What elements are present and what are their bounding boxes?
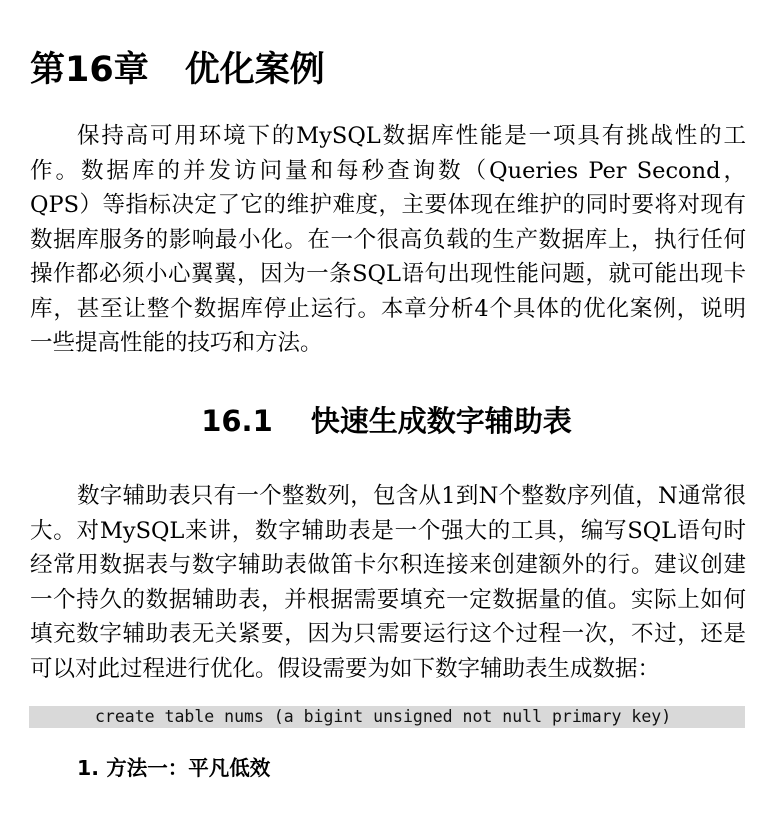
section-number: 16.1 <box>201 404 273 438</box>
section-name: 快速生成数字辅助表 <box>311 404 572 438</box>
paragraph-line: 保持高可用环境下的MySQL数据库性能是一项具有挑战性的工 <box>30 119 746 154</box>
paragraph-line: 可以对此过程进行优化。假设需要为如下数字辅助表生成数据： <box>30 652 746 687</box>
chapter-title: 第16章优化案例 <box>30 46 325 94</box>
paragraph-line: 作。数据库的并发访问量和每秒查询数（Queries Per Second， <box>30 154 746 189</box>
paragraph-line: QPS）等指标决定了它的维护难度，主要体现在维护的同时要将对现有 <box>30 188 746 223</box>
paragraph-line: 数据库服务的影响最小化。在一个很高负载的生产数据库上，执行任何 <box>30 223 746 258</box>
paragraph-line: 填充数字辅助表无关紧要，因为只需要运行这个过程一次，不过，还是 <box>30 617 746 652</box>
chapter-number: 第16章 <box>30 50 149 90</box>
document-page: 第16章优化案例 保持高可用环境下的MySQL数据库性能是一项具有挑战性的工 作… <box>0 0 781 816</box>
paragraph-line: 一些提高性能的技巧和方法。 <box>30 326 746 361</box>
paragraph-line: 操作都必须小心翼翼，因为一条SQL语句出现性能问题，就可能出现卡 <box>30 257 746 292</box>
method-subheading: 1. 方法一：平凡低效 <box>77 753 270 783</box>
section-paragraph: 数字辅助表只有一个整数列，包含从1到N个整数序列值，N通常很 大。对MySQL来… <box>30 479 746 686</box>
intro-paragraph: 保持高可用环境下的MySQL数据库性能是一项具有挑战性的工 作。数据库的并发访问… <box>30 119 746 361</box>
chapter-name: 优化案例 <box>185 50 325 90</box>
paragraph-line: 大。对MySQL来讲，数字辅助表是一个强大的工具，编写SQL语句时 <box>30 514 746 549</box>
paragraph-line: 经常用数据表与数字辅助表做笛卡尔积连接来创建额外的行。建议创建 <box>30 548 746 583</box>
paragraph-line: 数字辅助表只有一个整数列，包含从1到N个整数序列值，N通常很 <box>30 479 746 514</box>
paragraph-line: 库，甚至让整个数据库停止运行。本章分析4个具体的优化案例，说明 <box>30 292 746 327</box>
sql-code-block: create table nums (a bigint unsigned not… <box>29 706 745 728</box>
section-title: 16.1快速生成数字辅助表 <box>0 399 781 443</box>
paragraph-line: 一个持久的数据辅助表，并根据需要填充一定数据量的值。实际上如何 <box>30 583 746 618</box>
